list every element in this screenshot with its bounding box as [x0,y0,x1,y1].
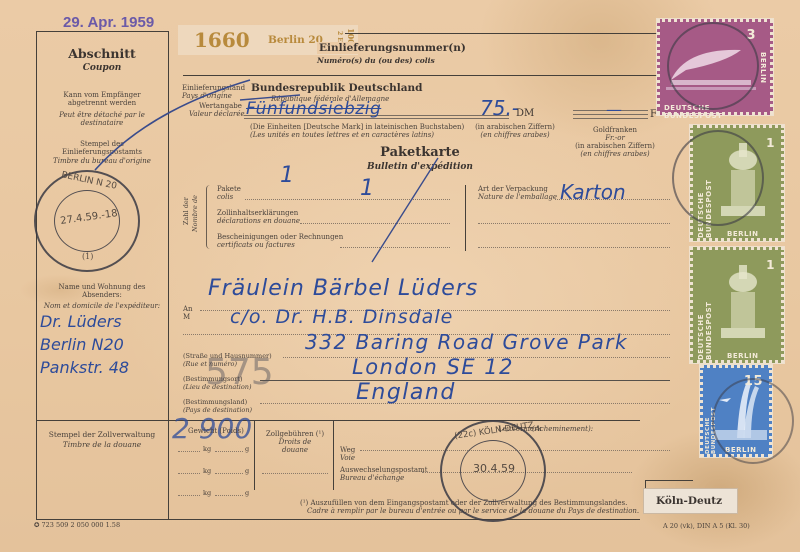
stamp-region: BERLIN [759,52,767,83]
stamp-cancellation-postmark [672,130,764,226]
stamp-region: BERLIN [727,230,758,238]
equestrian-statue-icon [715,260,771,350]
print-mark-icon: ✪ [34,521,42,529]
exchange-label: Auswechselungspostamt [340,466,428,474]
customs-fees-label: Zollgebühren (¹) [258,430,332,438]
to-label: An [183,305,193,313]
stamp-country: DEUTSCHE BUNDESPOST [697,262,713,360]
weight-label: Gewicht (Poids) [188,427,244,435]
exchange-label-fr: Bureau d'échange [340,474,404,482]
way-label: Weg [340,446,355,454]
stamp-cancellation-postmark [667,22,759,110]
print-code-text: 723 509 2 050 000 1.58 [42,521,121,529]
recipient-street: 332 Baring Road Grove Park [305,330,628,354]
stamp-value: 1 [766,258,775,272]
g-unit: g [245,490,249,498]
kg-unit: kg [203,490,211,498]
form-code: A 20 (vk), DIN A 5 (Kl. 30) [663,523,750,531]
stamp-cancellation-postmark [712,378,794,464]
stamp-region: BERLIN [727,352,758,360]
recipient-country: England [356,380,456,405]
stamp-value: 1 [766,136,775,150]
kg-unit: kg [203,446,211,454]
customs-fees-label-fr: Droits de douane [268,438,322,454]
destination-label: Köln-Deutz [643,488,738,514]
parcel-card: 29. Apr. 1959 Abschnitt Coupon Kann vom … [0,0,800,552]
g-unit: g [245,468,249,476]
recipient-care-of: c/o. Dr. H.B. Dinsdale [230,306,453,328]
postage-stamp: DEUTSCHE BUNDESPOST BERLIN 1 [690,247,784,363]
way-label-fr: Voie [340,454,355,462]
arrival-postmark: (22c) KÖLN-DEUTZ 30.4.59 [440,420,546,522]
to-label-fr: M [183,313,190,321]
arrival-postmark-date: 30.4.59 [464,462,524,475]
margin-note-pencil: 575 [205,352,274,393]
recipient-city: London SE 12 [352,355,514,379]
g-unit: g [245,446,249,454]
destination-label-text: Köln-Deutz [656,495,722,507]
print-code: ✪ 723 509 2 050 000 1.58 [34,522,120,530]
recipient-name: Fräulein Bärbel Lüders [208,276,478,301]
kg-unit: kg [203,468,211,476]
